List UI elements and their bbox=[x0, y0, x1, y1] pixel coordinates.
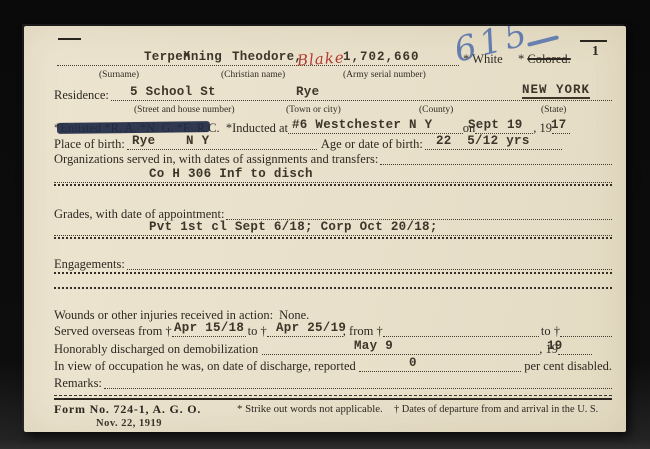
overseas-to2-label: to † bbox=[541, 324, 560, 339]
name-field-labels: (Surname) (Christian name) (Army serial … bbox=[54, 70, 612, 82]
disability-percent-value: 0 bbox=[409, 357, 417, 370]
christian-name-label: (Christian name) bbox=[221, 70, 285, 80]
footnote-dagger: † Dates of departure from and arrival in… bbox=[394, 402, 598, 417]
name-row: Terpenxning Theodore, Blake 1,702,660 * … bbox=[54, 51, 612, 68]
age-value: 22 5/12 yrs bbox=[436, 135, 530, 148]
discharge-date-dotted-line bbox=[262, 353, 539, 355]
engagements-label: Engagements: bbox=[54, 257, 125, 272]
form-number: Form No. 724-1, A. G. O. bbox=[54, 402, 201, 417]
overseas-from-dotted-line bbox=[172, 335, 246, 337]
blue-pencil-flourish bbox=[527, 35, 559, 46]
engagements-row: Engagements: bbox=[54, 255, 612, 272]
overseas-to-date-value: Apr 25/19 bbox=[276, 322, 346, 335]
disability-suffix: per cent disabled. bbox=[524, 359, 612, 374]
remarks-dotted-line bbox=[104, 387, 612, 389]
residence-field-labels: (Street and house number) (Town or city)… bbox=[54, 105, 612, 117]
service-record-card: 1 615 Terpenxning Theodore, Blake 1,702,… bbox=[24, 26, 626, 432]
organizations-value: Co H 306 Inf to disch bbox=[149, 168, 313, 181]
state-label: (State) bbox=[541, 105, 566, 115]
form-revision-date: Nov. 22, 1919 bbox=[96, 418, 162, 429]
top-left-dash-mark bbox=[58, 38, 81, 40]
overseas-from2-label: , from † bbox=[343, 324, 383, 339]
disability-dotted-line bbox=[359, 370, 521, 372]
birth-state-value: N Y bbox=[186, 135, 209, 148]
birth-city-value: Rye bbox=[132, 135, 155, 148]
inducted-at-label: C. *Inducted at bbox=[208, 121, 288, 136]
organizations-label: Organizations served in, with dates of a… bbox=[54, 152, 378, 167]
county-label: (County) bbox=[419, 105, 453, 115]
induction-date-value: Sept 19 bbox=[468, 119, 523, 132]
surname-label: (Surname) bbox=[99, 70, 139, 80]
name-dotted-line bbox=[57, 64, 459, 66]
discharge-label: Honorably discharged on demobilization bbox=[54, 342, 258, 357]
inducted-place-value: #6 Westchester N Y bbox=[292, 119, 432, 132]
discharge-row: Honorably discharged on demobilization ,… bbox=[54, 340, 612, 357]
christian-name-value: Theodore, bbox=[232, 51, 302, 64]
disability-label: In view of occupation he was, on date of… bbox=[54, 359, 356, 374]
remarks-label: Remarks: bbox=[54, 376, 102, 391]
residence-town-value: Rye bbox=[296, 86, 319, 99]
footer-row: Form No. 724-1, A. G. O. * Strike out wo… bbox=[54, 402, 612, 417]
disability-row: In view of occupation he was, on date of… bbox=[54, 357, 612, 374]
footnote-asterisk: * Strike out words not applicable. bbox=[237, 402, 383, 417]
overseas-from2-dotted-line bbox=[383, 335, 539, 337]
overseas-from-date-value: Apr 15/18 bbox=[174, 322, 244, 335]
residence-row: Residence: 5 School St Rye NEW YORK bbox=[54, 86, 612, 103]
residence-street-value: 5 School St bbox=[130, 86, 216, 99]
overseas-to-label: to † bbox=[248, 324, 267, 339]
engagements-dotted-line bbox=[127, 268, 612, 270]
residence-label: Residence: bbox=[54, 88, 109, 103]
page-number-overline bbox=[580, 40, 607, 42]
remarks-row: Remarks: bbox=[54, 374, 612, 391]
grades-value: Pvt 1st cl Sept 6/18; Corp Oct 20/18; bbox=[149, 221, 438, 234]
race-colored-label: * Colored. bbox=[518, 52, 571, 67]
induction-year-value: 17 bbox=[551, 119, 567, 132]
blank-dotted-line bbox=[54, 236, 612, 239]
organizations-row: Organizations served in, with dates of a… bbox=[54, 150, 612, 167]
year-19-printed: , 19 bbox=[533, 121, 552, 136]
blank-dotted-line bbox=[54, 271, 612, 274]
surname-value: Terpenxning bbox=[144, 51, 222, 64]
blank-dotted-line bbox=[54, 286, 612, 289]
discharge-year-value: 19 bbox=[547, 340, 563, 353]
organizations-dotted-line bbox=[380, 163, 612, 165]
footer-separator-line bbox=[54, 395, 612, 400]
overstrike-x-mark: x bbox=[183, 49, 191, 62]
residence-dotted-line bbox=[111, 99, 612, 101]
overseas-to-dotted-line bbox=[267, 335, 343, 337]
discharge-date-value: May 9 bbox=[354, 340, 393, 353]
residence-state-value: NEW YORK bbox=[522, 84, 590, 99]
serial-number-value: 1,702,660 bbox=[343, 51, 420, 64]
discharge-year-dotted-line bbox=[558, 353, 592, 355]
serial-number-label: (Army serial number) bbox=[343, 70, 426, 80]
overseas-row: Served overseas from † to † , from † to … bbox=[54, 322, 612, 339]
induction-year-dotted-line bbox=[552, 132, 570, 134]
scanned-document-background: 1 615 Terpenxning Theodore, Blake 1,702,… bbox=[0, 0, 650, 449]
race-white-label: * White bbox=[463, 52, 503, 67]
overseas-to2-dotted-line bbox=[560, 335, 612, 337]
handwritten-middle-name: Blake bbox=[297, 50, 346, 68]
town-label: (Town or city) bbox=[286, 105, 341, 115]
overseas-label: Served overseas from † bbox=[54, 324, 172, 339]
blank-dotted-line bbox=[54, 183, 612, 186]
street-label: (Street and house number) bbox=[134, 105, 235, 115]
